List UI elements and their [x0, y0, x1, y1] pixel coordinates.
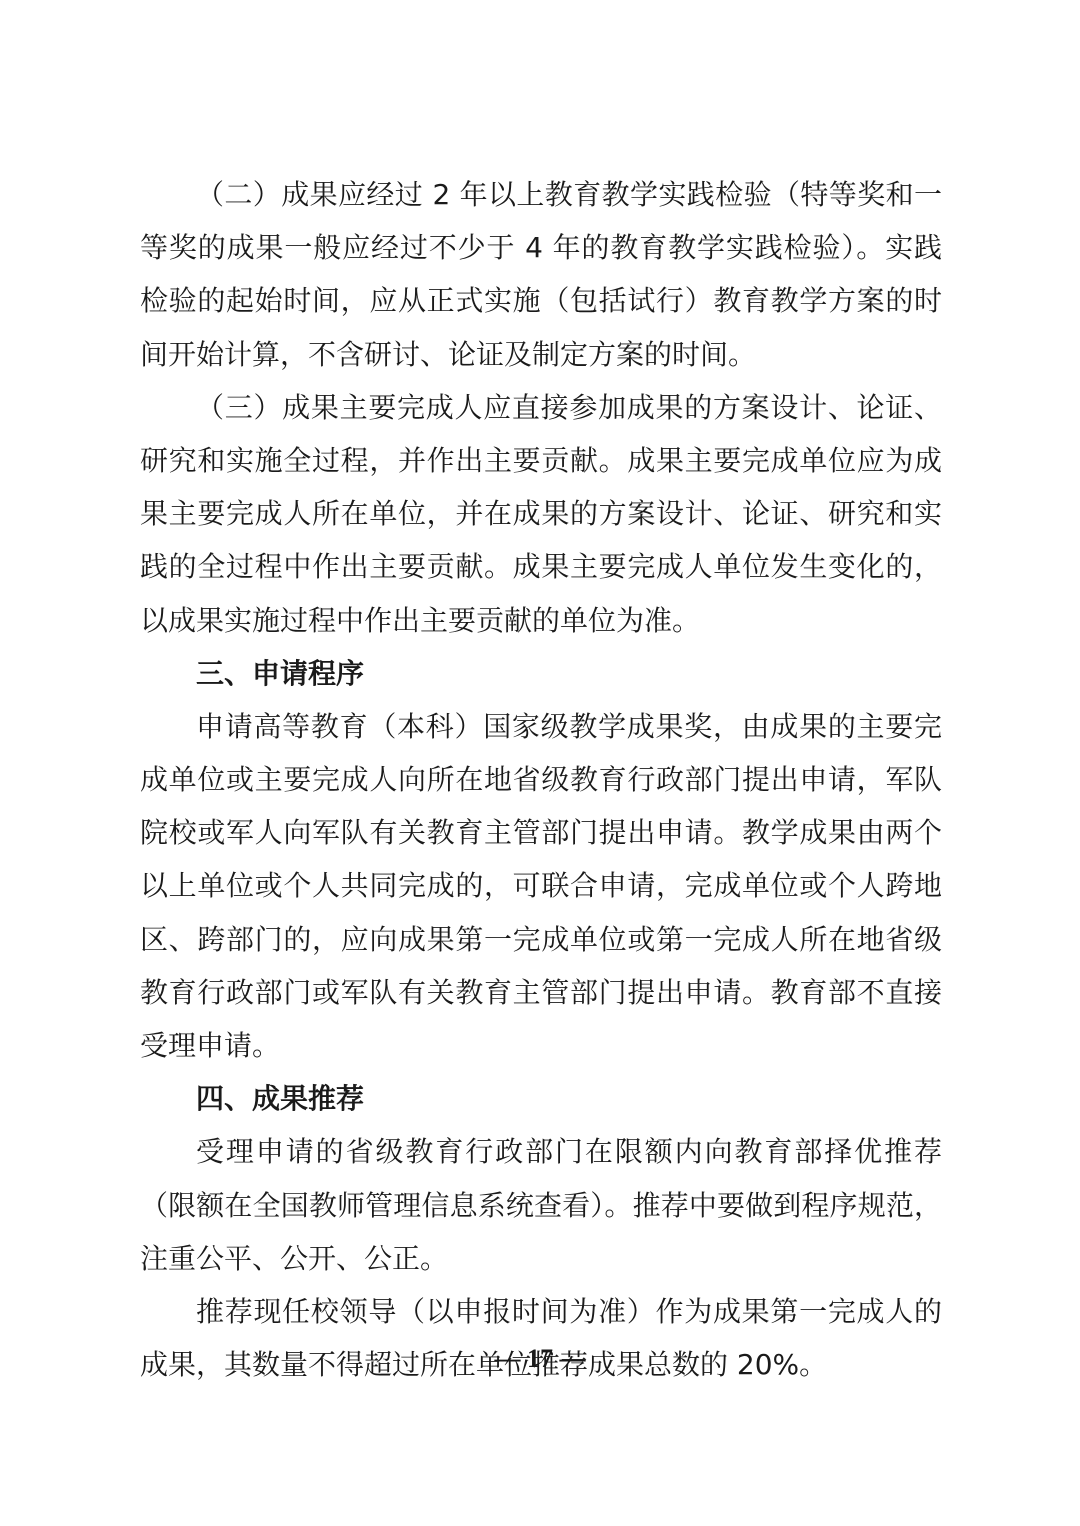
text-line: 区、跨部门的，应向成果第一完成单位或第一完成人所在地省级 — [140, 913, 942, 966]
text-line: 受理申请的省级教育行政部门在限额内向教育部择优推荐 — [140, 1125, 942, 1178]
text-line: 推荐现任校领导（以申报时间为准）作为成果第一完成人的 — [140, 1285, 942, 1338]
text-line: （三）成果主要完成人应直接参加成果的方案设计、论证、 — [140, 381, 942, 434]
text-line: 检验的起始时间，应从正式实施（包括试行）教育教学方案的时 — [140, 274, 942, 327]
paragraph-item: 受理申请的省级教育行政部门在限额内向教育部择优推荐 （限额在全国教师管理信息系统… — [140, 1125, 942, 1285]
text-line: 受理申请。 — [140, 1019, 942, 1072]
text-line: 等奖的成果一般应经过不少于 4 年的教育教学实践检验）。实践 — [140, 221, 942, 274]
text-line: （二）成果应经过 2 年以上教育教学实践检验（特等奖和一 — [140, 168, 942, 221]
text-line: 践的全过程中作出主要贡献。成果主要完成人单位发生变化的， — [140, 540, 942, 593]
paragraph-item: 推荐现任校领导（以申报时间为准）作为成果第一完成人的 成果，其数量不得超过所在单… — [140, 1285, 942, 1391]
text-line: 研究和实施全过程，并作出主要贡献。成果主要完成单位应为成 — [140, 434, 942, 487]
text-line: 注重公平、公开、公正。 — [140, 1232, 942, 1285]
text-line: 成单位或主要完成人向所在地省级教育行政部门提出申请，军队 — [140, 753, 942, 806]
document-page: （二）成果应经过 2 年以上教育教学实践检验（特等奖和一 等奖的成果一般应经过不… — [0, 0, 1080, 1526]
paragraph-item-2: （二）成果应经过 2 年以上教育教学实践检验（特等奖和一 等奖的成果一般应经过不… — [140, 168, 942, 381]
text-line: 教育行政部门或军队有关教育主管部门提出申请。教育部不直接 — [140, 966, 942, 1019]
text-line: 间开始计算，不含研讨、论证及制定方案的时间。 — [140, 328, 942, 381]
section-heading: 三、申请程序 — [140, 647, 942, 700]
document-body: （二）成果应经过 2 年以上教育教学实践检验（特等奖和一 等奖的成果一般应经过不… — [140, 168, 942, 1391]
text-line: （限额在全国教师管理信息系统查看）。推荐中要做到程序规范， — [140, 1179, 942, 1232]
text-line: 申请高等教育（本科）国家级教学成果奖，由成果的主要完 — [140, 700, 942, 753]
paragraph-item-3: （三）成果主要完成人应直接参加成果的方案设计、论证、 研究和实施全过程，并作出主… — [140, 381, 942, 647]
text-line: 果主要完成人所在单位，并在成果的方案设计、论证、研究和实 — [140, 487, 942, 540]
section-heading: 四、成果推荐 — [140, 1072, 942, 1125]
text-line: 院校或军人向军队有关教育主管部门提出申请。教学成果由两个 — [140, 806, 942, 859]
page-number: — 17 — — [0, 1344, 1080, 1374]
text-line: 以上单位或个人共同完成的，可联合申请，完成单位或个人跨地 — [140, 859, 942, 912]
section-application-procedure: 三、申请程序 申请高等教育（本科）国家级教学成果奖，由成果的主要完 成单位或主要… — [140, 647, 942, 1073]
text-line: 以成果实施过程中作出主要贡献的单位为准。 — [140, 594, 942, 647]
